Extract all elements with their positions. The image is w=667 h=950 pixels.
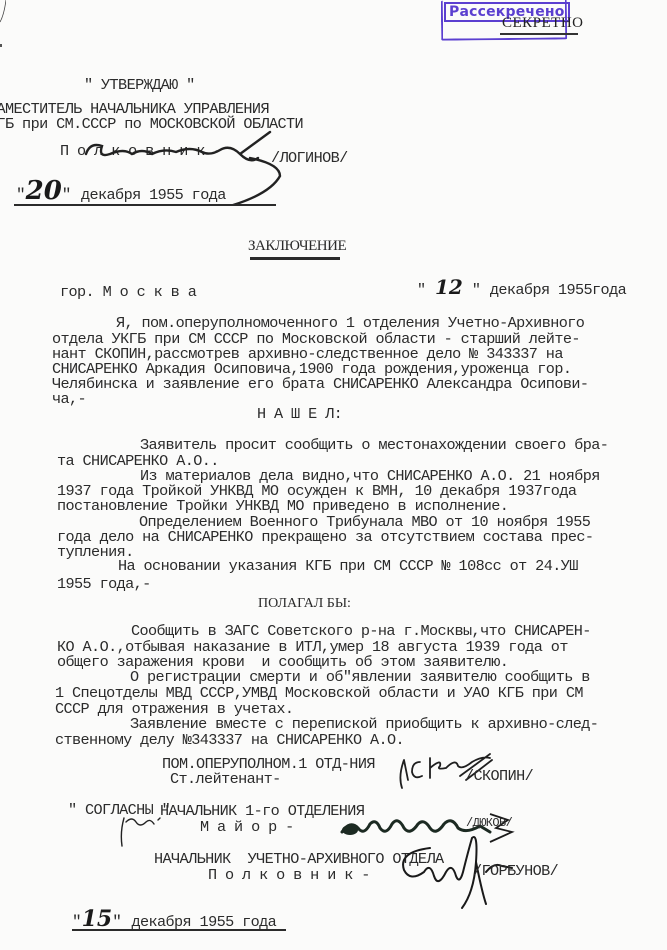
document-city: гор. М о с к в а xyxy=(60,283,196,301)
intro-line: Челябинска и заявление его брата СНИСАРЕ… xyxy=(52,375,588,393)
approval-name: /ЛОГИНОВ/ xyxy=(271,149,348,167)
quote-close: " xyxy=(62,186,81,204)
document-title-underline xyxy=(250,257,340,260)
head1-name: /ДЮКОВ/ xyxy=(466,816,512,830)
head2-name: /ГОРБУНОВ/ xyxy=(473,862,558,880)
approval-heading: " УТВЕРЖДАЮ " xyxy=(84,76,195,94)
conclusion-line: ственному делу №343337 на СНИСАРЕНКО А.О… xyxy=(55,731,404,749)
found-line: На основании указания КГБ при СМ СССР № … xyxy=(118,557,578,575)
found-heading: Н А Ш Е Л: xyxy=(257,405,342,423)
quote-close: " xyxy=(463,282,490,299)
classification-underline xyxy=(500,33,578,35)
approval-date: "20" декабря 1955 года xyxy=(16,176,226,206)
quote-open: " xyxy=(417,282,435,299)
final-date-underline xyxy=(72,929,286,931)
author-rank: Ст.лейтенант- xyxy=(170,770,281,788)
scan-edge-mark xyxy=(0,0,6,60)
intro-line: ча,- xyxy=(52,390,86,408)
approval-date-rest: декабря 1955 года xyxy=(81,186,226,204)
approval-date-day: 20 xyxy=(26,176,62,206)
agreed-initials xyxy=(118,812,164,852)
author-name: /СКОПИН/ xyxy=(465,767,533,785)
document-title: ЗАКЛЮЧЕНИЕ xyxy=(248,238,346,255)
head2-rank: П о л к о в н и к - xyxy=(208,866,370,884)
found-line: 1955 года,- xyxy=(57,575,151,593)
quote-open: " xyxy=(16,186,26,204)
document-date-day: 12 xyxy=(435,275,463,299)
classification-label: СЕКРЕТНО xyxy=(502,15,584,32)
conclusion-heading: ПОЛАГАЛ БЫ: xyxy=(258,596,351,612)
found-line: года дело на СНИСАРЕНКО прекращено за от… xyxy=(57,528,593,546)
author-signature xyxy=(390,736,500,796)
document-date: " 12 " декабря 1955года xyxy=(417,275,626,299)
document-date-rest: декабря 1955года xyxy=(490,281,626,299)
approval-date-underline xyxy=(14,204,276,206)
head1-rank: М а й о р - xyxy=(200,818,294,836)
